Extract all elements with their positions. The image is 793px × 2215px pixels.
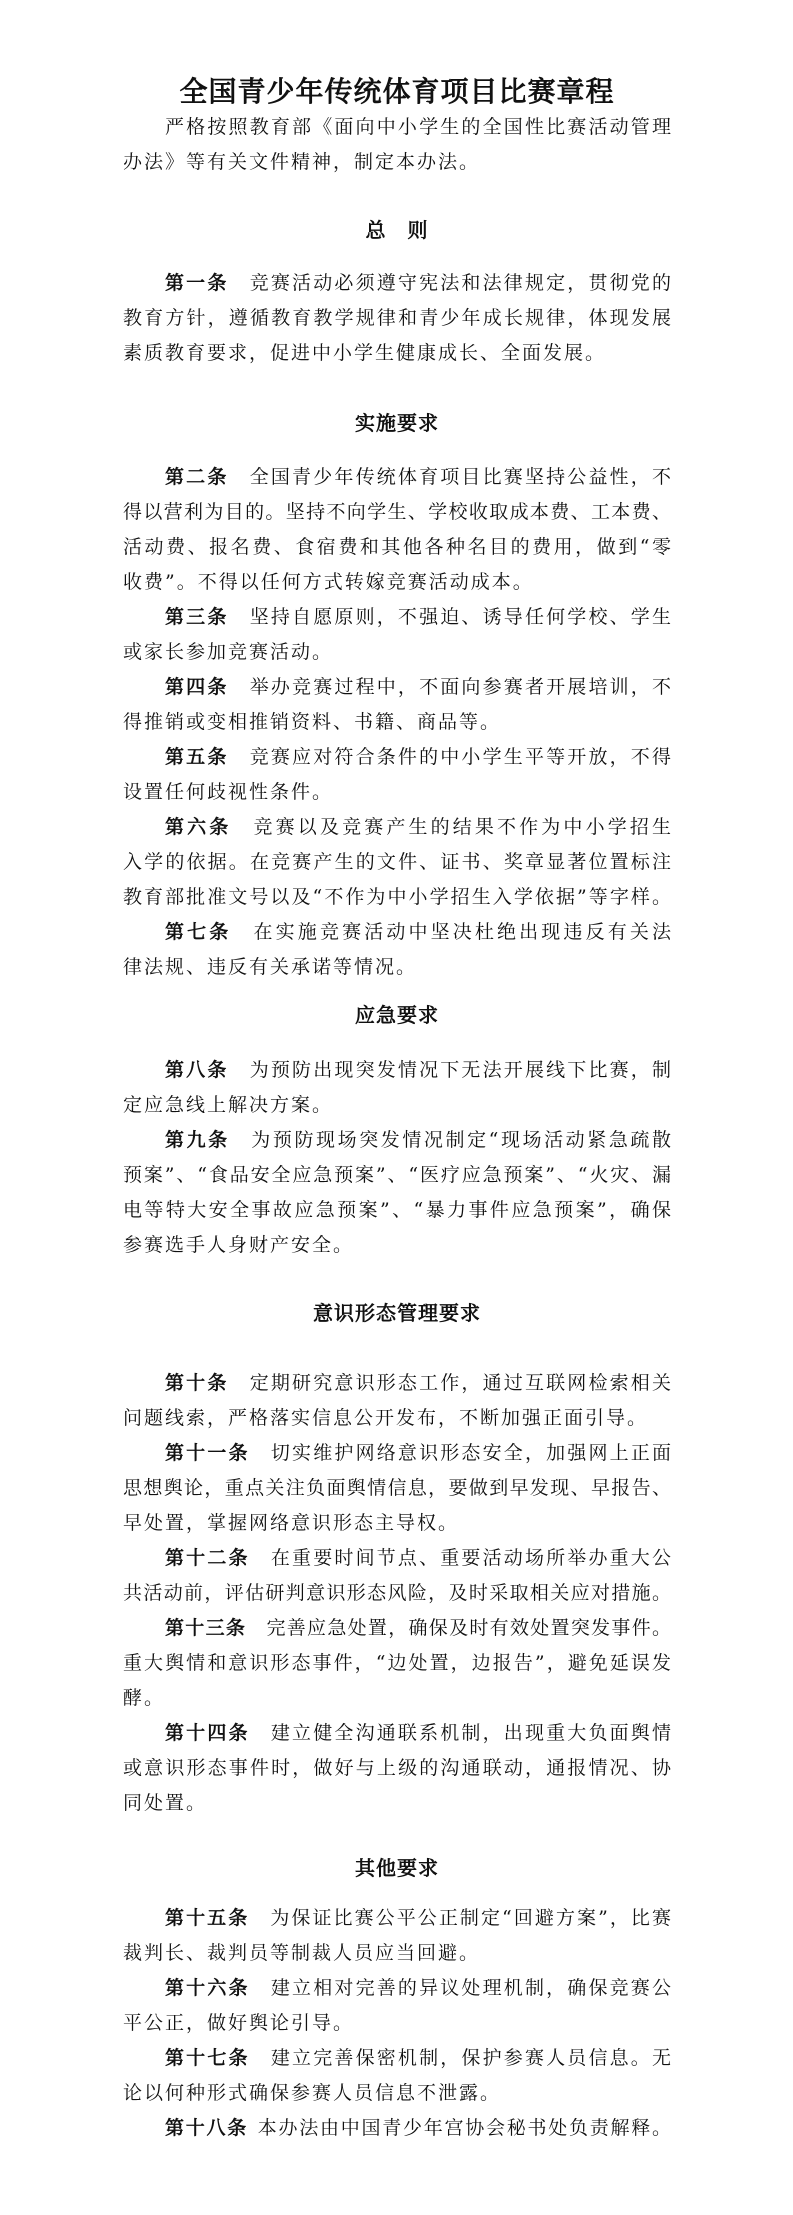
article-18: 第十八条本办法由中国青少年宫协会秘书处负责解释。: [123, 2111, 671, 2146]
article-4: 第四条举办竞赛过程中，不面向参赛者开展培训，不 得推销或变相推销资料、书籍、商品…: [123, 670, 671, 740]
article-line: 裁判长、裁判员等制裁人员应当回避。: [123, 1936, 671, 1971]
article-8: 第八条为预防出现突发情况下无法开展线下比赛，制 定应急线上解决方案。: [123, 1053, 671, 1123]
article-line: 第十一条切实维护网络意识形态安全，加强网上正面: [123, 1436, 671, 1471]
intro-line: 严格按照教育部《面向中小学生的全国性比赛活动管理: [123, 110, 671, 145]
section-heading-emergency: 应急要求: [123, 998, 671, 1033]
article-text: 竞赛活动必须遵守宪法和法律规定，贯彻党的: [248, 272, 671, 294]
article-15: 第十五条为保证比赛公平公正制定“回避方案”，比赛 裁判长、裁判员等制裁人员应当回…: [123, 1901, 671, 1971]
article-line: 重大舆情和意识形态事件，“边处置，边报告”，避免延误发: [123, 1646, 671, 1681]
article-12: 第十二条在重要时间节点、重要活动场所举办重大公 共活动前，评估研判意识形态风险，…: [123, 1541, 671, 1611]
article-label: 第十条: [165, 1372, 229, 1394]
intro-line: 办法》等有关文件精神，制定本办法。: [123, 145, 671, 180]
article-5: 第五条竞赛应对符合条件的中小学生平等开放，不得 设置任何歧视性条件。: [123, 740, 671, 810]
article-label: 第三条: [165, 606, 229, 628]
article-line: 入学的依据。在竞赛产生的文件、证书、奖章显著位置标注: [123, 845, 671, 880]
article-label: 第一条: [165, 272, 229, 294]
article-line: 得推销或变相推销资料、书籍、商品等。: [123, 705, 671, 740]
article-label: 第八条: [165, 1059, 229, 1081]
article-line: 第十二条在重要时间节点、重要活动场所举办重大公: [123, 1541, 671, 1576]
article-9: 第九条为预防现场突发情况制定“现场活动紧急疏散 预案”、“食品安全应急预案”、“…: [123, 1123, 671, 1263]
article-label: 第二条: [165, 466, 229, 488]
article-line: 论以何种形式确保参赛人员信息不泄露。: [123, 2076, 671, 2111]
article-text: 在重要时间节点、重要活动场所举办重大公: [269, 1547, 671, 1569]
document-title: 全国青少年传统体育项目比赛章程: [123, 74, 671, 110]
article-13: 第十三条完善应急处置，确保及时有效处置突发事件。 重大舆情和意识形态事件，“边处…: [123, 1611, 671, 1716]
article-line: 同处置。: [123, 1786, 671, 1821]
article-text: 本办法由中国青少年宫协会秘书处负责解释。: [256, 2117, 671, 2139]
section-heading-general-principles: 总 则: [123, 213, 671, 248]
article-text: 建立完善保密机制，保护参赛人员信息。无: [269, 2047, 671, 2069]
article-line: 得以营利为目的。坚持不向学生、学校收取成本费、工本费、: [123, 495, 671, 530]
article-label: 第九条: [165, 1129, 230, 1151]
article-line: 第十五条为保证比赛公平公正制定“回避方案”，比赛: [123, 1901, 671, 1936]
article-label: 第十一条: [165, 1442, 250, 1464]
article-text: 举办竞赛过程中，不面向参赛者开展培训，不: [248, 676, 671, 698]
article-line: 或意识形态事件时，做好与上级的沟通联动，通报情况、协: [123, 1751, 671, 1786]
article-text: 为保证比赛公平公正制定“回避方案”，比赛: [268, 1907, 671, 1929]
article-line: 收费”。不得以任何方式转嫁竞赛活动成本。: [123, 565, 671, 600]
document-content: 全国青少年传统体育项目比赛章程 严格按照教育部《面向中小学生的全国性比赛活动管理…: [123, 74, 671, 2146]
article-line: 平公正，做好舆论引导。: [123, 2006, 671, 2041]
article-label: 第六条: [165, 816, 231, 838]
article-text: 为预防现场突发情况制定“现场活动紧急疏散: [249, 1129, 671, 1151]
article-text: 完善应急处置，确保及时有效处置突发事件。: [265, 1617, 671, 1639]
article-line: 早处置，掌握网络意识形态主导权。: [123, 1506, 671, 1541]
article-label: 第十五条: [165, 1907, 249, 1929]
article-line: 律法规、违反有关承诺等情况。: [123, 950, 671, 985]
document-page: 全国青少年传统体育项目比赛章程 严格按照教育部《面向中小学生的全国性比赛活动管理…: [0, 0, 793, 2215]
article-line: 定应急线上解决方案。: [123, 1088, 671, 1123]
article-label: 第十三条: [165, 1617, 246, 1639]
article-line: 参赛选手人身财产安全。: [123, 1228, 671, 1263]
section-heading-ideology: 意识形态管理要求: [123, 1296, 671, 1331]
article-line: 第十三条完善应急处置，确保及时有效处置突发事件。: [123, 1611, 671, 1646]
article-line: 共活动前，评估研判意识形态风险，及时采取相关应对措施。: [123, 1576, 671, 1611]
article-7: 第七条在实施竞赛活动中坚决杜绝出现违反有关法 律法规、违反有关承诺等情况。: [123, 915, 671, 985]
intro-paragraph: 严格按照教育部《面向中小学生的全国性比赛活动管理 办法》等有关文件精神，制定本办…: [123, 110, 671, 180]
article-line: 第四条举办竞赛过程中，不面向参赛者开展培训，不: [123, 670, 671, 705]
article-line: 第十八条本办法由中国青少年宫协会秘书处负责解释。: [123, 2111, 671, 2146]
article-text: 建立健全沟通联系机制，出现重大负面舆情: [269, 1722, 671, 1744]
article-line: 第六条竞赛以及竞赛产生的结果不作为中小学招生: [123, 810, 671, 845]
article-label: 第十二条: [165, 1547, 250, 1569]
article-line: 第七条在实施竞赛活动中坚决杜绝出现违反有关法: [123, 915, 671, 950]
article-label: 第十四条: [165, 1722, 250, 1744]
article-11: 第十一条切实维护网络意识形态安全，加强网上正面 思想舆论，重点关注负面舆情信息，…: [123, 1436, 671, 1541]
article-line: 素质教育要求，促进中小学生健康成长、全面发展。: [123, 336, 671, 371]
article-text: 切实维护网络意识形态安全，加强网上正面: [269, 1442, 671, 1464]
article-14: 第十四条建立健全沟通联系机制，出现重大负面舆情 或意识形态事件时，做好与上级的沟…: [123, 1716, 671, 1821]
article-line: 第二条全国青少年传统体育项目比赛坚持公益性，不: [123, 460, 671, 495]
article-line: 第十四条建立健全沟通联系机制，出现重大负面舆情: [123, 1716, 671, 1751]
article-text: 定期研究意识形态工作，通过互联网检索相关: [248, 1372, 671, 1394]
article-label: 第五条: [165, 746, 229, 768]
article-text: 全国青少年传统体育项目比赛坚持公益性，不: [248, 466, 671, 488]
article-line: 教育方针，遵循教育教学规律和青少年成长规律，体现发展: [123, 301, 671, 336]
article-3: 第三条坚持自愿原则，不强迫、诱导任何学校、学生 或家长参加竞赛活动。: [123, 600, 671, 670]
article-label: 第十六条: [165, 1977, 250, 1999]
article-line: 第十七条建立完善保密机制，保护参赛人员信息。无: [123, 2041, 671, 2076]
article-label: 第十八条: [165, 2117, 248, 2139]
article-line: 第十六条建立相对完善的异议处理机制，确保竞赛公: [123, 1971, 671, 2006]
article-2: 第二条全国青少年传统体育项目比赛坚持公益性，不 得以营利为目的。坚持不向学生、学…: [123, 460, 671, 600]
article-line: 教育部批准文号以及“不作为中小学招生入学依据”等字样。: [123, 880, 671, 915]
article-line: 第九条为预防现场突发情况制定“现场活动紧急疏散: [123, 1123, 671, 1158]
article-text: 在实施竞赛活动中坚决杜绝出现违反有关法: [250, 921, 671, 943]
article-label: 第七条: [165, 921, 231, 943]
article-line: 活动费、报名费、食宿费和其他各种名目的费用，做到“零: [123, 530, 671, 565]
article-10: 第十条定期研究意识形态工作，通过互联网检索相关 问题线索，严格落实信息公开发布，…: [123, 1366, 671, 1436]
article-line: 或家长参加竞赛活动。: [123, 635, 671, 670]
article-text: 竞赛以及竞赛产生的结果不作为中小学招生: [250, 816, 671, 838]
article-line: 第十条定期研究意识形态工作，通过互联网检索相关: [123, 1366, 671, 1401]
article-line: 酵。: [123, 1681, 671, 1716]
article-line: 设置任何歧视性条件。: [123, 775, 671, 810]
article-label: 第四条: [165, 676, 229, 698]
article-16: 第十六条建立相对完善的异议处理机制，确保竞赛公 平公正，做好舆论引导。: [123, 1971, 671, 2041]
article-text: 坚持自愿原则，不强迫、诱导任何学校、学生: [248, 606, 671, 628]
article-line: 思想舆论，重点关注负面舆情信息，要做到早发现、早报告、: [123, 1471, 671, 1506]
article-17: 第十七条建立完善保密机制，保护参赛人员信息。无 论以何种形式确保参赛人员信息不泄…: [123, 2041, 671, 2111]
article-line: 第五条竞赛应对符合条件的中小学生平等开放，不得: [123, 740, 671, 775]
article-6: 第六条竞赛以及竞赛产生的结果不作为中小学招生 入学的依据。在竞赛产生的文件、证书…: [123, 810, 671, 915]
article-line: 预案”、“食品安全应急预案”、“医疗应急预案”、“火灾、漏: [123, 1158, 671, 1193]
article-text: 为预防出现突发情况下无法开展线下比赛，制: [248, 1059, 671, 1081]
article-line: 第一条竞赛活动必须遵守宪法和法律规定，贯彻党的: [123, 266, 671, 301]
section-heading-implementation: 实施要求: [123, 406, 671, 441]
article-line: 电等特大安全事故应急预案”、“暴力事件应急预案”，确保: [123, 1193, 671, 1228]
article-line: 第八条为预防出现突发情况下无法开展线下比赛，制: [123, 1053, 671, 1088]
section-heading-other: 其他要求: [123, 1851, 671, 1886]
article-label: 第十七条: [165, 2047, 250, 2069]
article-line: 第三条坚持自愿原则，不强迫、诱导任何学校、学生: [123, 600, 671, 635]
article-text: 竞赛应对符合条件的中小学生平等开放，不得: [248, 746, 671, 768]
article-text: 建立相对完善的异议处理机制，确保竞赛公: [269, 1977, 671, 1999]
article-1: 第一条竞赛活动必须遵守宪法和法律规定，贯彻党的 教育方针，遵循教育教学规律和青少…: [123, 266, 671, 371]
article-line: 问题线索，严格落实信息公开发布，不断加强正面引导。: [123, 1401, 671, 1436]
